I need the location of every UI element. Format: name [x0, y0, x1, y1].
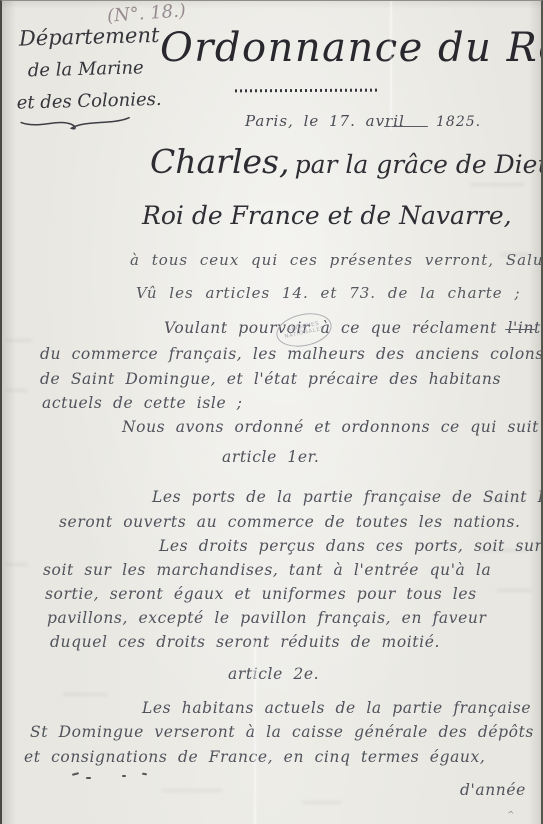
pen-mark: ^	[507, 811, 515, 821]
bleed-through-mark	[6, 389, 28, 392]
bleed-through-mark	[470, 183, 525, 186]
bleed-through-mark	[500, 253, 532, 256]
dateline-year: 1825.	[436, 114, 481, 130]
bleed-through-mark	[6, 563, 28, 566]
article-1-line: duquel ces droits seront réduits de moit…	[50, 633, 440, 651]
preamble-line: du commerce français, les malheurs des a…	[40, 345, 543, 363]
letterhead-flourish	[19, 114, 131, 133]
article-1-line: Les ports de la partie française de Sain…	[152, 488, 543, 506]
letterhead-line-2: de la Marine	[28, 57, 144, 81]
document-title: Ordonnance du Roi.	[160, 25, 543, 71]
bleed-through-mark	[496, 589, 532, 592]
bleed-through-mark	[162, 789, 222, 792]
letterhead-line-3: et des Colonies.	[16, 89, 161, 114]
ink-speck	[142, 773, 147, 776]
bleed-through-mark	[62, 693, 108, 696]
preamble-line: Nous avons ordonné et ordonnons ce qui s…	[122, 418, 543, 436]
preamble-line: Voulant pourvoir à ce que réclament l'in…	[164, 319, 543, 337]
title-ornament-rule	[235, 89, 380, 93]
king-name: Charles,	[150, 142, 289, 181]
article-1-line: seront ouverts au commerce de toutes les…	[59, 513, 521, 531]
visa-line: Vû les articles 14. et 73. de la charte …	[136, 284, 521, 302]
by-grace-of-god: par la grâce de Dieu,	[295, 150, 543, 179]
article-1-heading: article 1er.	[222, 448, 319, 466]
ink-speck	[122, 775, 126, 777]
article-2-line: Les habitans actuels de la partie frança…	[142, 699, 543, 717]
bleed-through-mark	[484, 499, 524, 502]
royal-salutation-line-1: Charles, par la grâce de Dieu,	[150, 142, 543, 181]
bleed-through-mark	[480, 549, 528, 552]
article-2-heading: article 2e.	[228, 665, 319, 683]
article-1-line: sortie, seront égaux et uniformes pour t…	[45, 585, 477, 603]
ink-speck	[72, 772, 79, 776]
address-line: à tous ceux qui ces présentes verront, S…	[130, 251, 543, 269]
bleed-through-mark	[302, 801, 342, 804]
ink-speck	[86, 777, 91, 779]
letterhead-line-1: Département	[19, 23, 160, 51]
bleed-through-mark	[6, 339, 32, 342]
paper-crease	[254, 641, 256, 824]
article-2-line: St Domingue verseront à la caisse généra…	[30, 723, 534, 741]
article-1-line: Les droits perçus dans ces ports, soit s…	[159, 537, 543, 555]
document-page: (N°. 18.) Département de la Marine et de…	[0, 0, 543, 824]
preamble-line: actuels de cette isle ;	[42, 394, 243, 412]
article-1-line: soit sur les marchandises, tant à l'entr…	[43, 561, 491, 579]
article-1-line: pavillons, excepté le pavillon français,…	[47, 609, 486, 627]
paper-crease	[390, 1, 392, 131]
dateline-place: Paris, le 17. avril	[245, 112, 405, 130]
catchword: d'année	[460, 781, 526, 799]
royal-salutation-line-2: Roi de France et de Navarre,	[142, 201, 512, 230]
preamble-line: de Saint Domingue, et l'état précaire de…	[40, 370, 501, 388]
